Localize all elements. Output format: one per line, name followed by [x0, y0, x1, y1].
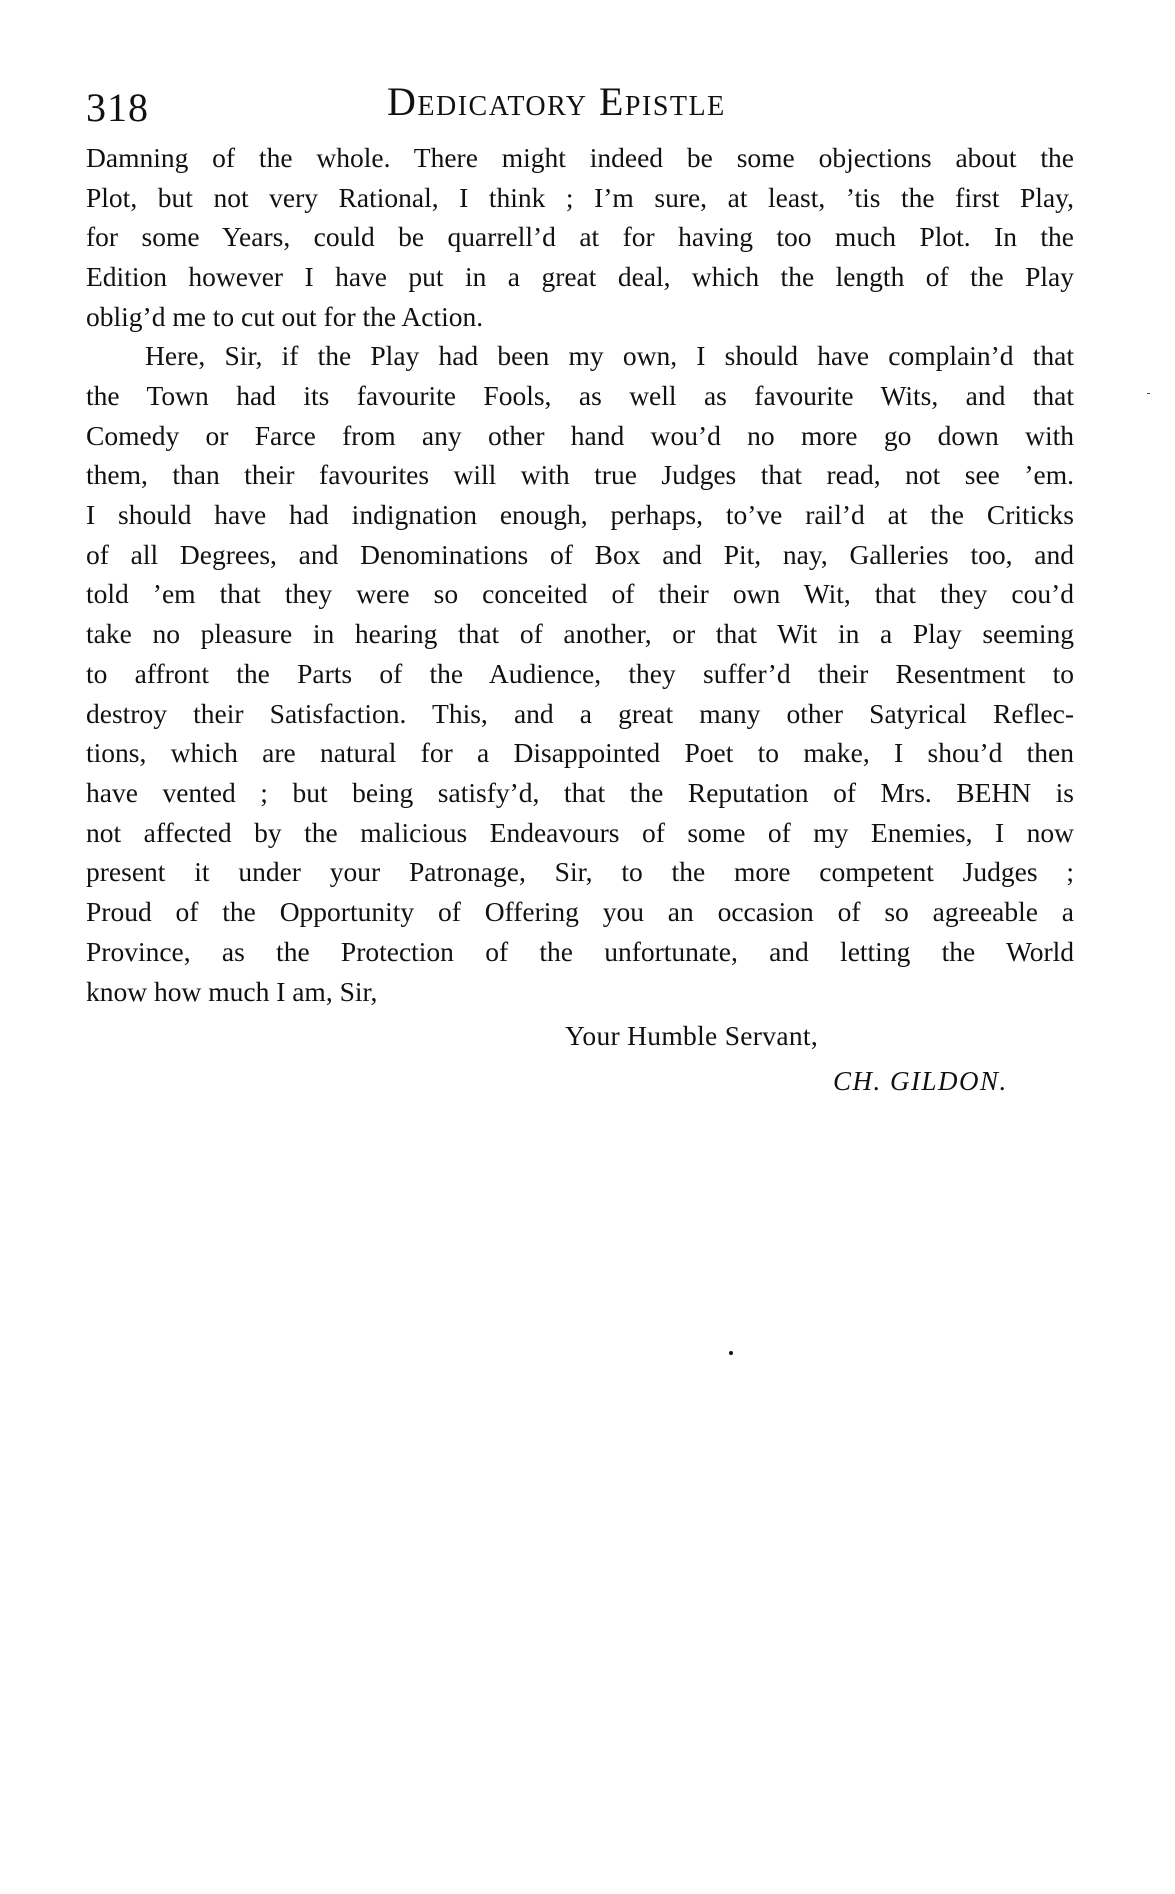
paragraph-first-line: Here, Sir, if the Play had been my own, …: [145, 336, 1074, 376]
text-line: have vented ; but being satisfy’d, that …: [86, 773, 1074, 813]
valediction: Your Humble Servant,: [565, 1016, 818, 1056]
text-line: the Town had its favourite Fools, as wel…: [86, 376, 1074, 416]
page-number: 318: [86, 84, 149, 132]
text-line: to affront the Parts of the Audience, th…: [86, 654, 1074, 694]
text-line: Province, as the Protection of the unfor…: [86, 932, 1074, 972]
text-line: present it under your Patronage, Sir, to…: [86, 852, 1074, 892]
text-line: told ’em that they were so conceited of …: [86, 574, 1074, 614]
margin-mark: [1147, 393, 1150, 394]
ink-speck: [729, 1351, 733, 1355]
text-line: for some Years, could be quarrell’d at f…: [86, 217, 1074, 257]
text-line: I should have had indignation enough, pe…: [86, 495, 1074, 535]
signature: CH. GILDON.: [833, 1061, 1008, 1101]
text-line: Proud of the Opportunity of Offering you…: [86, 892, 1074, 932]
text-line: Damning of the whole. There might indeed…: [86, 138, 1074, 178]
text-line: Comedy or Farce from any other hand wou’…: [86, 416, 1074, 456]
text-line: oblig’d me to cut out for the Action.: [86, 297, 1074, 337]
running-title: Dedicatory Epistle: [387, 78, 777, 126]
text-line: know how much I am, Sir,: [86, 972, 1074, 1012]
text-line: Plot, but not very Rational, I think ; I…: [86, 178, 1074, 218]
book-page: 318 Dedicatory Epistle Damning of the wh…: [0, 0, 1175, 1894]
text-line: destroy their Satisfaction. This, and a …: [86, 694, 1074, 734]
text-line: tions, which are natural for a Disappoin…: [86, 733, 1074, 773]
text-line: Edition however I have put in a great de…: [86, 257, 1074, 297]
text-line: of all Degrees, and Denominations of Box…: [86, 535, 1074, 575]
text-line: take no pleasure in hearing that of anot…: [86, 614, 1074, 654]
text-line: them, than their favourites will with tr…: [86, 455, 1074, 495]
text-line: not affected by the malicious Endeavours…: [86, 813, 1074, 853]
